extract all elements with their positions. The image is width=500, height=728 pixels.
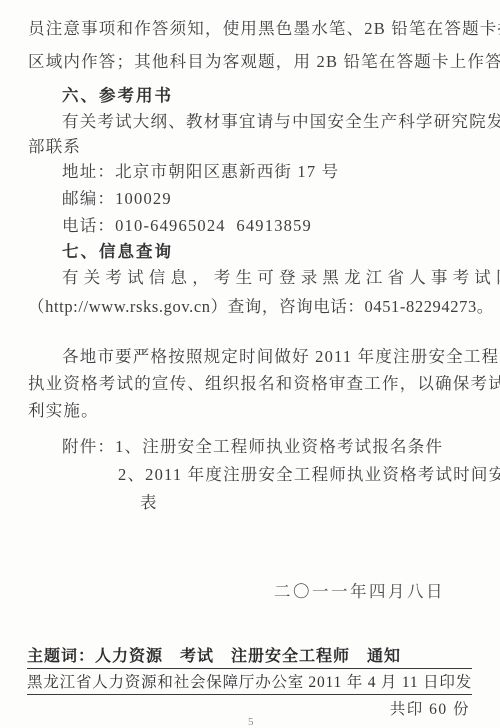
- intro-paragraph-line-1: 员注意事项和作答须知，使用黑色墨水笔、2B 铅笔在答题卡指定: [28, 18, 500, 40]
- section-six-heading: 六、参考用书: [62, 85, 173, 107]
- page-number: 5: [248, 716, 254, 728]
- footer: 主题词：人力资源 考试 注册安全工程师 通知 黑龙江省人力资源和社会保障厅办公室…: [27, 643, 472, 719]
- document-page: 员注意事项和作答须知，使用黑色墨水笔、2B 铅笔在答题卡指定 区域内作答；其他科…: [0, 0, 500, 728]
- contact-address-line: 地址：北京市朝阳区惠新西街 17 号: [62, 161, 339, 183]
- section-seven-paragraph-line-1: 有关考试信息，考生可登录黑龙江省人事考试网: [62, 267, 500, 289]
- section-seven-paragraph-line-2: （http://www.rsks.gov.cn）查询，咨询电话：0451-822…: [28, 296, 494, 318]
- section-six-paragraph-line-1: 有关考试大纲、教材事宜请与中国安全生产科学研究院发行: [62, 111, 500, 133]
- footer-issuer-line: 黑龙江省人力资源和社会保障厅办公室 2011 年 4 月 11 日印发: [27, 669, 472, 694]
- closing-paragraph-line-2: 执业资格考试的宣传、组织报名和资格审查工作，以确保考试顺: [28, 373, 500, 395]
- section-seven-heading: 七、信息查询: [62, 241, 173, 263]
- closing-paragraph-line-3: 利实施。: [28, 400, 99, 422]
- section-six-paragraph-line-2: 部联系: [28, 136, 81, 158]
- closing-paragraph-line-1: 各地市要严格按照规定时间做好 2011 年度注册安全工程师: [62, 346, 500, 368]
- contact-phone-line: 电话：010-64965024 64913859: [62, 215, 312, 237]
- attachments-line-2: 2、2011 年度注册安全工程师执业资格考试时间安排: [118, 464, 500, 486]
- footer-issuer-office: 黑龙江省人力资源和社会保障厅办公室: [27, 670, 304, 692]
- contact-postcode-line: 邮编：100029: [62, 188, 172, 210]
- footer-print-date: 2011 年 4 月 11 日印发: [308, 670, 472, 692]
- attachments-line-3: 表: [140, 492, 158, 514]
- attachments-line-1: 附件：1、注册安全工程师执业资格考试报名条件: [62, 436, 443, 458]
- document-date: 二〇一一年四月八日: [274, 578, 445, 602]
- intro-paragraph-line-2: 区域内作答；其他科目为客观题，用 2B 铅笔在答题卡上作答。: [28, 51, 500, 73]
- footer-subject-line: 主题词：人力资源 考试 注册安全工程师 通知: [27, 643, 472, 668]
